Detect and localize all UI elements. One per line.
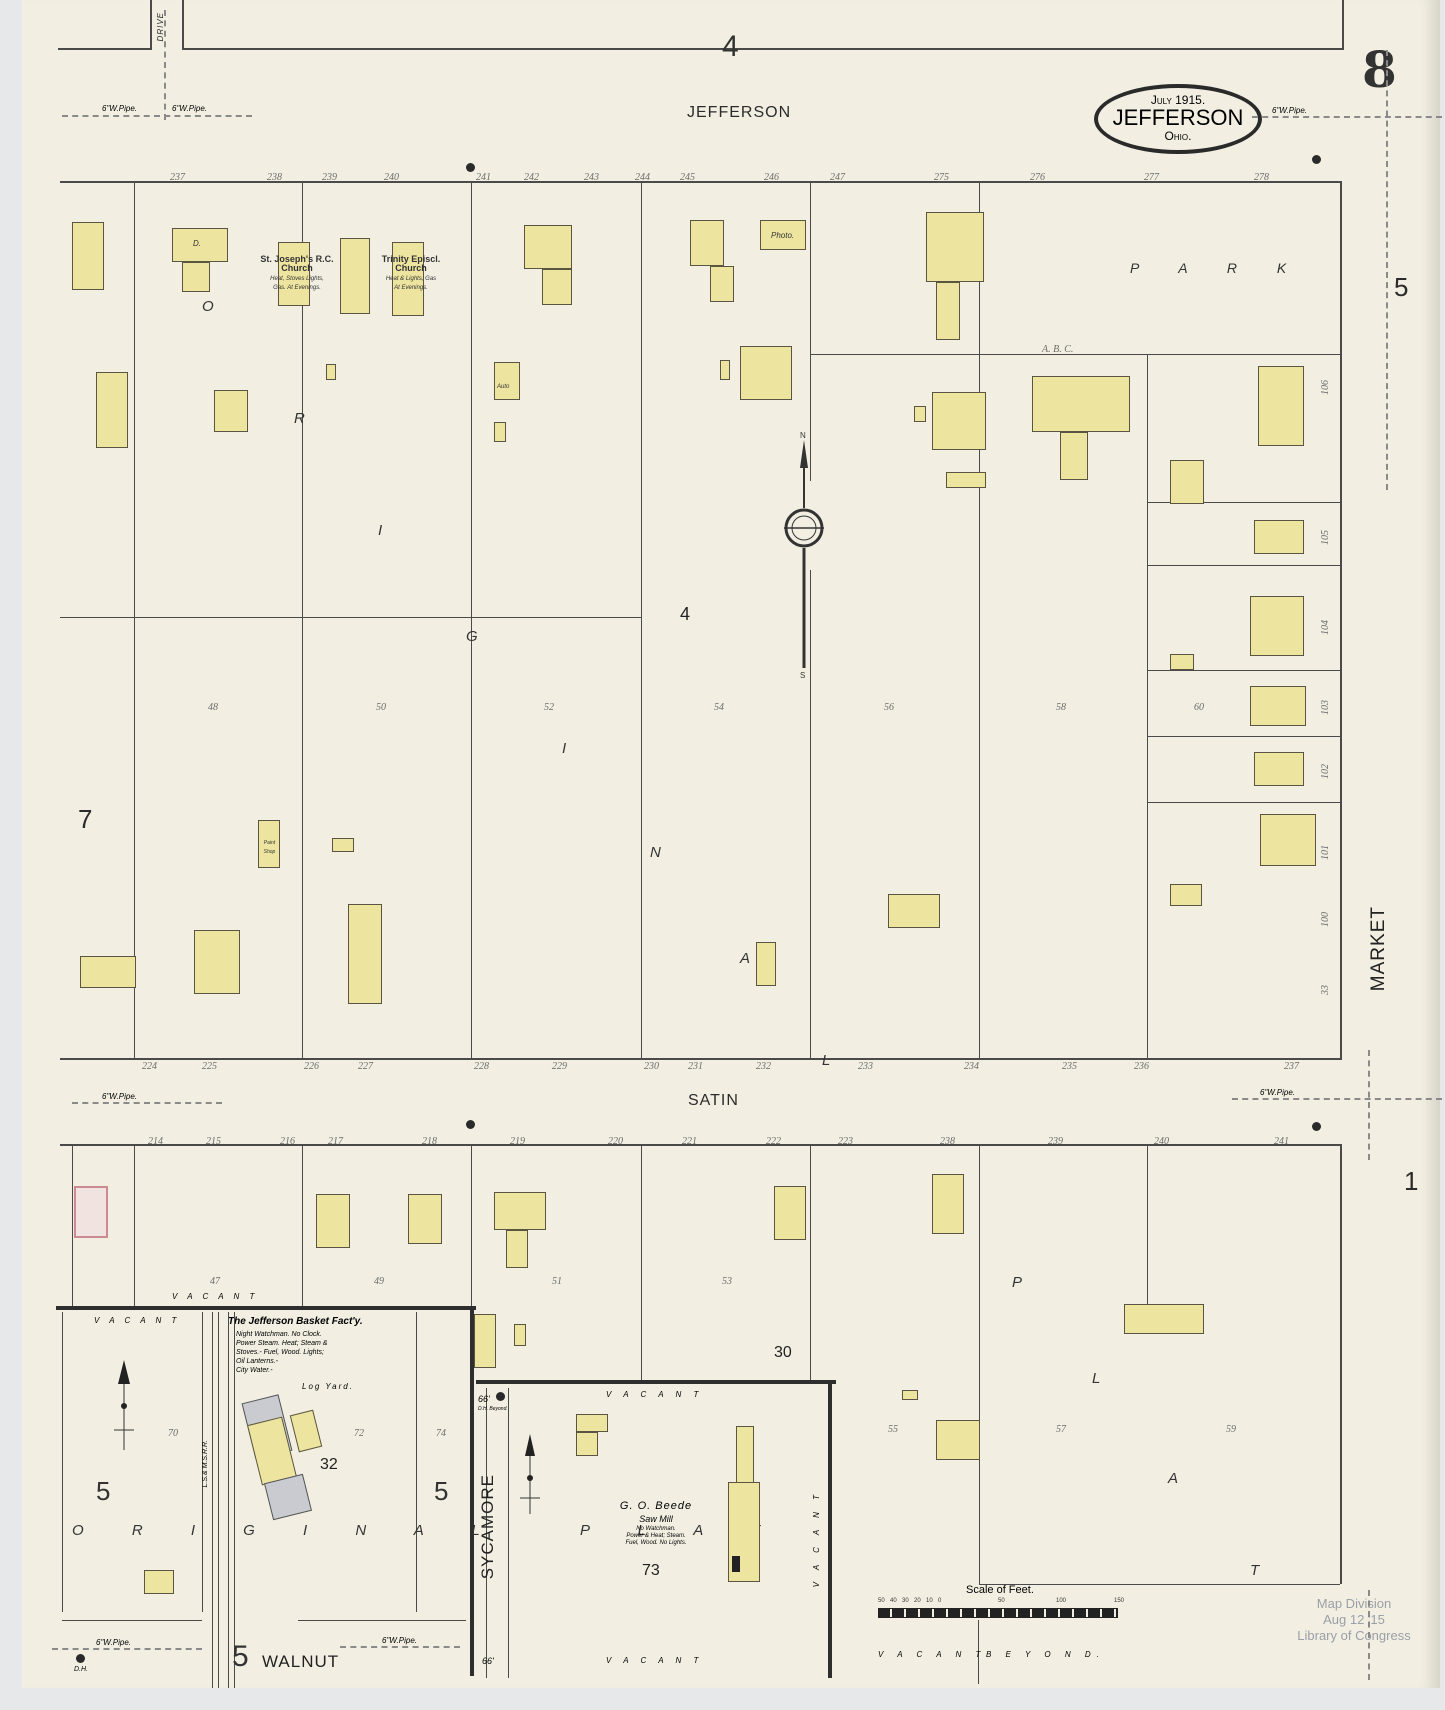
outbuilding [720, 360, 730, 380]
lot-number: 222 [766, 1136, 781, 1147]
lot-number: 72 [354, 1428, 364, 1439]
lot-number: 55 [888, 1424, 898, 1435]
vacant-label: V A C A N T [606, 1390, 703, 1399]
dwelling-building [1254, 752, 1304, 786]
cartouche-state: Ohio. [1098, 129, 1258, 143]
scale-tick: 40 [890, 1598, 897, 1604]
lot-line [641, 1144, 642, 1380]
auto-garage: Auto [494, 362, 520, 400]
water-pipe [62, 115, 252, 117]
lot-line [471, 181, 472, 1058]
stamp-line: Aug 12 '15 [1284, 1612, 1424, 1628]
lot-number: 58 [1056, 702, 1066, 713]
outbuilding [914, 406, 926, 422]
lot-number: 277 [1144, 172, 1159, 183]
water-pipe [1252, 116, 1442, 118]
hydrant-icon [496, 1392, 505, 1401]
lot-number: 106 [1320, 380, 1331, 395]
lot-number: 278 [1254, 172, 1269, 183]
photo-label: Photo. [771, 231, 794, 240]
hydrant-icon [1312, 1122, 1321, 1131]
finishing-building [264, 1474, 312, 1521]
dwelling-building [340, 238, 370, 314]
block-number-30: 30 [774, 1344, 792, 1362]
scale-tick: 100 [1056, 1598, 1066, 1604]
railroad-track [228, 1312, 229, 1688]
scale-tick: 0 [938, 1598, 941, 1604]
boundary-line [182, 48, 1344, 50]
dwelling-building [542, 269, 572, 305]
vacant-label: V A C A N T [606, 1656, 703, 1665]
dwelling-building [756, 942, 776, 986]
basket-factory-notes: Night Watchman. No Clock. Power Steam. H… [236, 1330, 327, 1375]
lot-line [134, 1144, 135, 1306]
boundary-line [182, 0, 184, 50]
lot-line [72, 1144, 73, 1306]
factory-note: Night Watchman. No Clock. [236, 1330, 327, 1339]
lot-number: 101 [1320, 845, 1331, 860]
block-number-73: 73 [642, 1562, 660, 1580]
pipe-width: 66' [482, 1656, 494, 1666]
lot-line [302, 181, 303, 1058]
lot-line [979, 1144, 980, 1584]
paint-shop: Paint Shop [258, 820, 280, 868]
drying-building [290, 1410, 322, 1453]
auto-garage [214, 390, 248, 432]
lot-number: 230 [644, 1061, 659, 1072]
lot-number: 219 [510, 1136, 525, 1147]
lot-number: 221 [682, 1136, 697, 1147]
lot-number: 247 [830, 172, 845, 183]
lot-number: 48 [208, 702, 218, 713]
scale-title: Scale of Feet. [966, 1584, 1034, 1596]
outbuilding [326, 364, 336, 380]
factory-note: City Water.- [236, 1366, 327, 1375]
outbuilding [936, 1420, 980, 1460]
lot-number: 74 [436, 1428, 446, 1439]
lot-number: 223 [838, 1136, 853, 1147]
lot-line [1147, 1144, 1148, 1322]
lot-number: 105 [1320, 530, 1331, 545]
inset-frame [56, 1306, 476, 1310]
block-edge [1340, 1144, 1342, 1584]
market-water-pipe [1386, 50, 1388, 490]
lot-line [810, 354, 1340, 355]
pipe-width: 66' [478, 1394, 490, 1404]
lot-number: 235 [1062, 1061, 1077, 1072]
adjacent-sheet-bottom-left-inner: 5 [434, 1476, 448, 1507]
dwelling-building [710, 266, 734, 302]
plat-letter: L [822, 1052, 832, 1069]
lot-number: 245 [680, 172, 695, 183]
dwelling-building [524, 225, 572, 269]
lot-line [810, 1144, 811, 1380]
saw-mill-type: Saw Mill [616, 1514, 696, 1524]
lot-number: 239 [1048, 1136, 1063, 1147]
saw-mill-notes: No Watchman. Power & Heat; Steam. Fuel, … [604, 1526, 708, 1547]
inset-frame [470, 1306, 474, 1676]
log-yard-label: Log Yard. [302, 1382, 354, 1391]
lot-number: 240 [1154, 1136, 1169, 1147]
street-satin: SATIN [688, 1092, 739, 1110]
scale-tick: 10 [926, 1598, 933, 1604]
lot-number: 225 [202, 1061, 217, 1072]
lot-number: 240 [384, 172, 399, 183]
lot-line [1147, 670, 1340, 671]
basket-factory-name: The Jefferson Basket Fact'y. [228, 1316, 363, 1327]
vacant-label: V A C A N T [878, 1650, 986, 1659]
scale-bar [878, 1608, 1118, 1618]
dwelling-building [926, 212, 984, 282]
abc-label: A. B. C. [1042, 344, 1073, 355]
water-pipe-label: 6"W.Pipe. [102, 1092, 137, 1101]
block-edge [60, 1058, 1342, 1060]
dwelling-building [1258, 366, 1304, 446]
church-st-josephs [278, 242, 310, 306]
factory-note: Stoves.- Fuel, Wood. Lights; [236, 1348, 327, 1357]
lot-line [60, 617, 641, 618]
dwelling-building [576, 1432, 598, 1456]
water-pipe-label: 6"W.Pipe. [1272, 106, 1307, 115]
stamp-line: Library of Congress [1284, 1628, 1424, 1644]
lot-number: 229 [552, 1061, 567, 1072]
map-sheet: DRIVE 4 8 July 1915. Jefferson Ohio. JEF… [22, 0, 1440, 1688]
lot-number: 243 [584, 172, 599, 183]
lot-number: 70 [168, 1428, 178, 1439]
railroad-label: L.S.& M.S.R.R. [202, 1440, 209, 1487]
hydrant-beyond-label: D.H. Beyond. [478, 1406, 518, 1412]
outbuilding [96, 372, 128, 448]
vacant-label: V A C A N T [172, 1292, 258, 1301]
lot-number: 231 [688, 1061, 703, 1072]
lot-number: 227 [358, 1061, 373, 1072]
water-pipe-label: 6"W.Pipe. [96, 1638, 131, 1647]
plat-letter: P [1012, 1274, 1024, 1291]
hydrant-icon [76, 1654, 85, 1663]
lot-number: 218 [422, 1136, 437, 1147]
inset-frame [476, 1380, 836, 1384]
lot-line [1147, 565, 1340, 566]
block-edge [60, 1144, 1342, 1146]
adjacent-sheet-top: 4 [722, 30, 739, 64]
plat-letter: O [202, 298, 216, 315]
stamp-line: Map Division [1284, 1596, 1424, 1612]
plat-letter: A [740, 950, 752, 967]
north-arrow-icon [520, 1434, 540, 1514]
outbuilding [888, 894, 940, 928]
water-pipe-label: 6"W.Pipe. [102, 104, 137, 113]
dwelling-building [1260, 814, 1316, 866]
block-number-32: 32 [320, 1456, 338, 1474]
lot-line [134, 181, 135, 1058]
boundary-line [150, 0, 152, 50]
lot-line [1147, 736, 1340, 737]
lot-number: 242 [524, 172, 539, 183]
railroad-track [234, 1312, 235, 1688]
lot-line [1147, 354, 1148, 1058]
street-jefferson: JEFFERSON [687, 104, 791, 122]
dwelling-label: D. [193, 239, 201, 248]
lot-number: 237 [1284, 1061, 1299, 1072]
lot-number: 53 [722, 1276, 732, 1287]
dwelling-building [494, 1192, 546, 1230]
plat-letter: R [294, 410, 307, 427]
park-label: P A R K [1130, 260, 1304, 276]
lot-line [979, 354, 980, 1058]
veneering-building [247, 1417, 297, 1486]
adjacent-sheet-left: 7 [78, 804, 93, 835]
lot-number: 100 [1320, 912, 1331, 927]
sheet-number: 8 [1362, 40, 1397, 99]
svg-text:S: S [800, 671, 805, 678]
dwelling-row-abc [1032, 376, 1130, 432]
dwelling-building [316, 1194, 350, 1248]
lot-number: 236 [1134, 1061, 1149, 1072]
lot-line [298, 1620, 466, 1621]
hydrant-icon [466, 163, 475, 172]
outbuilding [1170, 884, 1202, 906]
saw-mill-note: No Watchman. [604, 1526, 708, 1533]
block-number-4: 4 [680, 604, 690, 625]
railroad-track [218, 1312, 219, 1688]
plat-letter: N [650, 844, 663, 861]
church-st-josephs-note: Heat, Stoves Lights, Gas. At Evenings. [268, 275, 326, 293]
svg-text:N: N [800, 431, 806, 440]
lot-number: 215 [206, 1136, 221, 1147]
dwelling-building [576, 1414, 608, 1432]
dwelling-building [182, 262, 210, 292]
dwelling-building [1060, 432, 1088, 480]
market-water-pipe [1368, 1590, 1370, 1680]
outbuilding [1170, 460, 1204, 504]
outbuilding [80, 956, 136, 988]
water-pipe [1232, 1098, 1442, 1100]
library-stamp: Map Division Aug 12 '15 Library of Congr… [1284, 1596, 1424, 1644]
lot-number: 59 [1226, 1424, 1236, 1435]
adjacent-sheet-bottom-left: 5 [96, 1476, 110, 1507]
street-walnut: WALNUT [262, 1652, 339, 1672]
vacant-label: V A C A N T [812, 1490, 821, 1587]
lot-line [641, 181, 642, 1058]
boundary-line [58, 48, 150, 50]
adjacent-sheet-bottom-mid: 5 [232, 1640, 249, 1674]
street-sycamore: SYCAMORE [478, 1474, 498, 1579]
outbuilding [1170, 654, 1194, 670]
inset-frame [828, 1380, 832, 1678]
plat-letter: I [562, 740, 568, 757]
lot-number: 220 [608, 1136, 623, 1147]
factory-note: Power Steam. Heat; Steam & [236, 1339, 327, 1348]
dwelling-building [348, 904, 382, 1004]
scale-tick: 50 [878, 1598, 885, 1604]
lot-number: 232 [756, 1061, 771, 1072]
dwelling-building [774, 1186, 806, 1240]
dwelling-building [1254, 520, 1304, 554]
outbuilding [332, 838, 354, 852]
adjacent-sheet-right-top: 5 [1394, 272, 1409, 303]
vacant-beyond-label: B E Y O N D. [986, 1650, 1105, 1659]
saw-mill-owner: G. O. Beede [616, 1500, 696, 1512]
lot-number: 238 [940, 1136, 955, 1147]
lot-number: 241 [476, 172, 491, 183]
outbuilding [902, 1390, 918, 1400]
hydrant-icon [1312, 155, 1321, 164]
auto-label: Auto [497, 383, 509, 392]
dwelling-building [506, 1230, 528, 1268]
lot-number: 50 [376, 702, 386, 713]
water-pipe-label: 6"W.Pipe. [1260, 1088, 1295, 1097]
lot-number: 217 [328, 1136, 343, 1147]
lot-number: 51 [552, 1276, 562, 1287]
outbuilding [740, 346, 792, 400]
saw-mill-building [736, 1426, 754, 1484]
dwelling-building [936, 282, 960, 340]
dwelling-building [194, 930, 240, 994]
title-cartouche: July 1915. Jefferson Ohio. [1094, 84, 1262, 154]
lot-number: 214 [148, 1136, 163, 1147]
water-pipe [72, 1102, 222, 1104]
lot-line [302, 1144, 303, 1306]
church-st-josephs-name: St. Joseph's R.C. Church [258, 255, 336, 273]
plat-letter: G [466, 628, 480, 645]
lot-number: 57 [1056, 1424, 1066, 1435]
lot-number: 103 [1320, 700, 1331, 715]
outbuilding [494, 422, 506, 442]
lot-number: 239 [322, 172, 337, 183]
lot-number: 224 [142, 1061, 157, 1072]
water-pipe [340, 1646, 460, 1648]
lot-number: 47 [210, 1276, 220, 1287]
lot-number: 228 [474, 1061, 489, 1072]
compass-rose-icon: N S [784, 428, 824, 678]
saw-mill-note: Power & Heat; Steam. [604, 1533, 708, 1540]
plat-letter: I [378, 522, 384, 539]
lot-number: 241 [1274, 1136, 1289, 1147]
dwelling-building [1250, 686, 1306, 726]
lot-number: 216 [280, 1136, 295, 1147]
lot-number: 226 [304, 1061, 319, 1072]
lot-line [1147, 802, 1340, 803]
paint-shop-label: Paint Shop [260, 839, 279, 857]
plat-letter: T [1250, 1562, 1261, 1579]
lot-number: 276 [1030, 172, 1045, 183]
boundary-line [1342, 0, 1344, 50]
factory-note: Oil Lanterns.- [236, 1357, 327, 1366]
lot-number: 60 [1194, 702, 1204, 713]
hydrant-icon [466, 1120, 475, 1129]
lot-number: 49 [374, 1276, 384, 1287]
outbuilding [946, 472, 986, 488]
dwelling-building [690, 220, 724, 266]
lot-number: 104 [1320, 620, 1331, 635]
drive-label: DRIVE [156, 12, 165, 41]
lot-number: 246 [764, 172, 779, 183]
water-pipe-label: 6"W.Pipe. [382, 1636, 417, 1645]
hydrant-label: D.H. [74, 1666, 88, 1673]
sycamore-edge [508, 1388, 509, 1678]
scale-tick: 30 [902, 1598, 909, 1604]
dwelling-building [1250, 596, 1304, 656]
lot-number: 102 [1320, 764, 1331, 779]
lot-number: 33 [1320, 985, 1331, 995]
railroad-track [212, 1312, 213, 1688]
lot-number: 56 [884, 702, 894, 713]
scale-tick: 150 [1114, 1598, 1124, 1604]
water-pipe [52, 1648, 202, 1650]
lot-number: 237 [170, 172, 185, 183]
outbuilding [932, 392, 986, 450]
dwelling-building [1124, 1304, 1204, 1334]
lot-line [416, 1312, 417, 1612]
dwelling-building: D. [172, 228, 228, 262]
lot-number: 52 [544, 702, 554, 713]
dwelling-building [72, 222, 104, 290]
market-water-pipe [1368, 1050, 1370, 1160]
church-trinity-note: Heat & Lights, Gas At Evenings. [384, 275, 438, 293]
lot-number: 234 [964, 1061, 979, 1072]
lot-number: 238 [267, 172, 282, 183]
lot-number: 244 [635, 172, 650, 183]
water-pipe-label: 6"W.Pipe. [172, 104, 207, 113]
outbuilding [144, 1570, 174, 1594]
saw-mill-note: Fuel, Wood. No Lights. [604, 1540, 708, 1547]
brick-building [74, 1186, 108, 1238]
vacant-label: V A C A N T [94, 1316, 180, 1325]
street-market: MARKET [1368, 906, 1390, 991]
dwelling-building [408, 1194, 442, 1244]
scale-tick: 50 [998, 1598, 1005, 1604]
scale-tick: 20 [914, 1598, 921, 1604]
lot-number: 275 [934, 172, 949, 183]
dwelling-building [932, 1174, 964, 1234]
block-edge [1340, 181, 1342, 1060]
outbuilding [514, 1324, 526, 1346]
lot-line [62, 1312, 63, 1612]
outbuilding [474, 1314, 496, 1368]
photo-studio: Photo. [760, 220, 806, 250]
cartouche-town: Jefferson [1098, 107, 1258, 129]
church-trinity-name: Trinity Episcl. Church [374, 255, 448, 273]
plat-letter: L [1092, 1370, 1102, 1387]
lot-line [62, 1620, 202, 1621]
lot-number: 54 [714, 702, 724, 713]
north-arrow-icon [114, 1360, 134, 1450]
lot-number: 233 [858, 1061, 873, 1072]
boiler-icon [732, 1556, 740, 1572]
plat-letter: A [1168, 1470, 1180, 1487]
adjacent-sheet-right-mid: 1 [1404, 1166, 1419, 1197]
